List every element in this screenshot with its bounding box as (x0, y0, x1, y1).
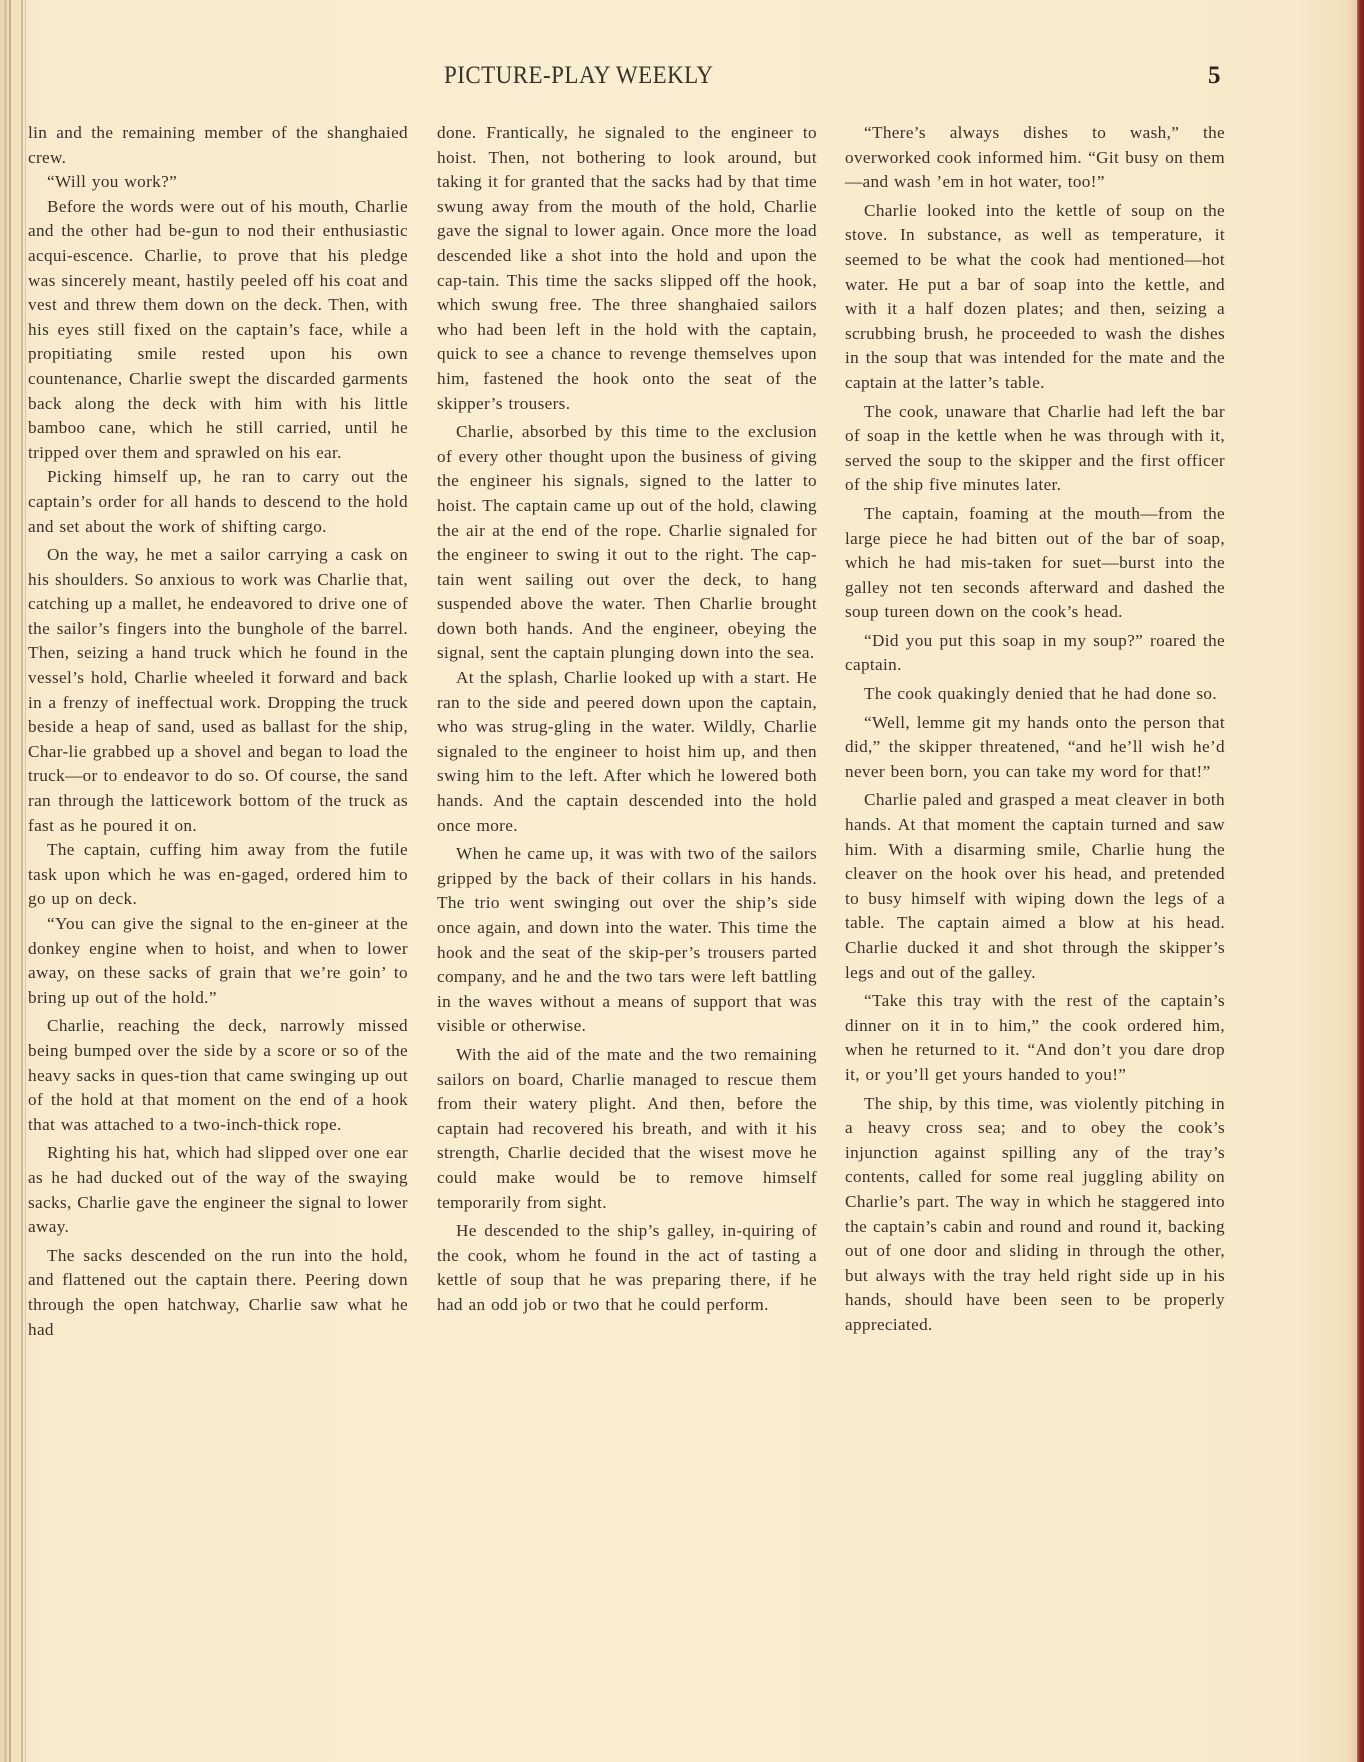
page-binding-edge (0, 0, 30, 1762)
page-number: 5 (1208, 62, 1221, 90)
paragraph: When he came up, it was with two of the … (437, 842, 817, 1039)
paragraph: The sacks descended on the run into the … (28, 1244, 408, 1342)
paragraph: Before the words were out of his mouth, … (28, 195, 408, 466)
paragraph: The cook quakingly denied that he had do… (845, 682, 1225, 707)
paragraph: Charlie paled and grasped a meat cleaver… (845, 788, 1225, 985)
paragraph: Righting his hat, which had slipped over… (28, 1141, 408, 1239)
paragraph: The captain, foaming at the mouth—from t… (845, 502, 1225, 625)
paragraph: On the way, he met a sailor carrying a c… (28, 543, 408, 838)
running-header: PICTURE-PLAY WEEKLY 5 (0, 62, 1364, 98)
paragraph: The ship, by this time, was violently pi… (845, 1092, 1225, 1338)
running-title: PICTURE-PLAY WEEKLY (444, 62, 812, 90)
magazine-page: PICTURE-PLAY WEEKLY 5 lin and the remain… (0, 0, 1364, 1762)
paragraph: Picking himself up, he ran to carry out … (28, 465, 408, 539)
text-column-left: lin and the remaining member of the shan… (28, 121, 408, 1342)
paragraph: The captain, cuffing him away from the f… (28, 838, 408, 912)
paragraph: Charlie, absorbed by this time to the ex… (437, 420, 817, 666)
paragraph: The cook, unaware that Charlie had left … (845, 400, 1225, 498)
paragraph: “There’s always dishes to wash,” the ove… (845, 121, 1225, 195)
paragraph: Charlie, reaching the deck, narrowly mis… (28, 1014, 408, 1137)
paragraph: “Well, lemme git my hands onto the perso… (845, 711, 1225, 785)
text-column-middle: done. Frantically, he signaled to the en… (437, 121, 817, 1318)
paragraph: lin and the remaining member of the shan… (28, 121, 408, 170)
paragraph: done. Frantically, he signaled to the en… (437, 121, 817, 416)
paragraph: He descended to the ship’s galley, in-qu… (437, 1219, 817, 1317)
paragraph: “Will you work?” (28, 170, 408, 195)
paragraph: At the splash, Charlie looked up with a … (437, 666, 817, 838)
paragraph: “Did you put this soap in my soup?” roar… (845, 629, 1225, 678)
paragraph: Charlie looked into the kettle of soup o… (845, 199, 1225, 396)
paragraph: “Take this tray with the rest of the cap… (845, 989, 1225, 1087)
page-red-edge (1357, 0, 1364, 1762)
paragraph: “You can give the signal to the en-ginee… (28, 912, 408, 1010)
paragraph: With the aid of the mate and the two rem… (437, 1043, 817, 1215)
text-column-right: “There’s always dishes to wash,” the ove… (845, 121, 1225, 1338)
